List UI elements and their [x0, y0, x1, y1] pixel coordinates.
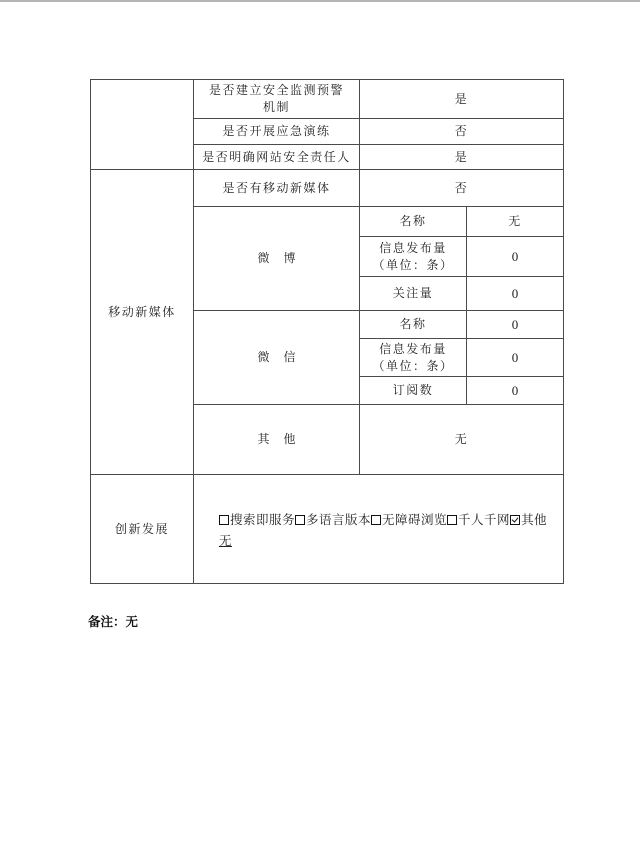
innovation-section-label: 创新发展 — [91, 475, 193, 583]
remarks-note: 备注：无 — [88, 612, 138, 630]
has-mobile-media-label: 是否有移动新媒体 — [194, 170, 359, 206]
option-personalized[interactable]: 千人千网 — [447, 512, 510, 527]
emergency-drill-value: 否 — [360, 119, 563, 144]
monitoring-warning-value: 是 — [360, 80, 563, 118]
weixin-posts-label: 信息发布量 （单位：条） — [360, 339, 466, 376]
weibo-name-value: 无 — [467, 207, 563, 236]
weixin-name-label: 名称 — [360, 311, 466, 338]
emergency-drill-label: 是否开展应急演练 — [194, 119, 359, 144]
weixin-label: 微信 — [194, 311, 359, 404]
report-table: 是否建立安全监测预警 机制 是 是否开展应急演练 否 是否明确网站安全责任人 是… — [90, 79, 564, 584]
weibo-posts-label: 信息发布量 （单位：条） — [360, 237, 466, 276]
has-mobile-media-value: 否 — [360, 170, 563, 206]
weibo-followers-label: 关注量 — [360, 277, 466, 310]
weixin-posts-value: 0 — [467, 339, 563, 376]
weibo-name-label: 名称 — [360, 207, 466, 236]
weibo-posts-value: 0 — [467, 237, 563, 276]
other-media-value: 无 — [360, 405, 563, 474]
monitoring-warning-label: 是否建立安全监测预警 机制 — [194, 80, 359, 118]
security-officer-label: 是否明确网站安全责任人 — [194, 145, 359, 169]
other-media-label: 其他 — [194, 405, 359, 474]
weibo-followers-value: 0 — [467, 277, 563, 310]
weibo-label: 微博 — [194, 207, 359, 310]
checkbox-unchecked-icon[interactable] — [219, 515, 229, 525]
checkbox-checked-icon[interactable] — [510, 515, 520, 525]
checkbox-unchecked-icon[interactable] — [447, 515, 457, 525]
innovation-options: 搜索即服务多语言版本无障碍浏览千人千网其他 无 — [219, 509, 564, 551]
page-top-border — [0, 0, 640, 2]
option-other[interactable]: 其他 — [510, 512, 547, 527]
security-officer-value: 是 — [360, 145, 563, 169]
weixin-subscribers-value: 0 — [467, 377, 563, 404]
option-search-service[interactable]: 搜索即服务 — [219, 512, 295, 527]
weixin-subscribers-label: 订阅数 — [360, 377, 466, 404]
weixin-name-value: 0 — [467, 311, 563, 338]
table-border-bottom — [90, 583, 564, 584]
option-multilingual[interactable]: 多语言版本 — [295, 512, 371, 527]
option-accessibility[interactable]: 无障碍浏览 — [371, 512, 447, 527]
checkbox-unchecked-icon[interactable] — [371, 515, 381, 525]
checkbox-unchecked-icon[interactable] — [295, 515, 305, 525]
mobile-media-section-label: 移动新媒体 — [91, 304, 193, 344]
innovation-other-text: 无 — [219, 533, 232, 548]
